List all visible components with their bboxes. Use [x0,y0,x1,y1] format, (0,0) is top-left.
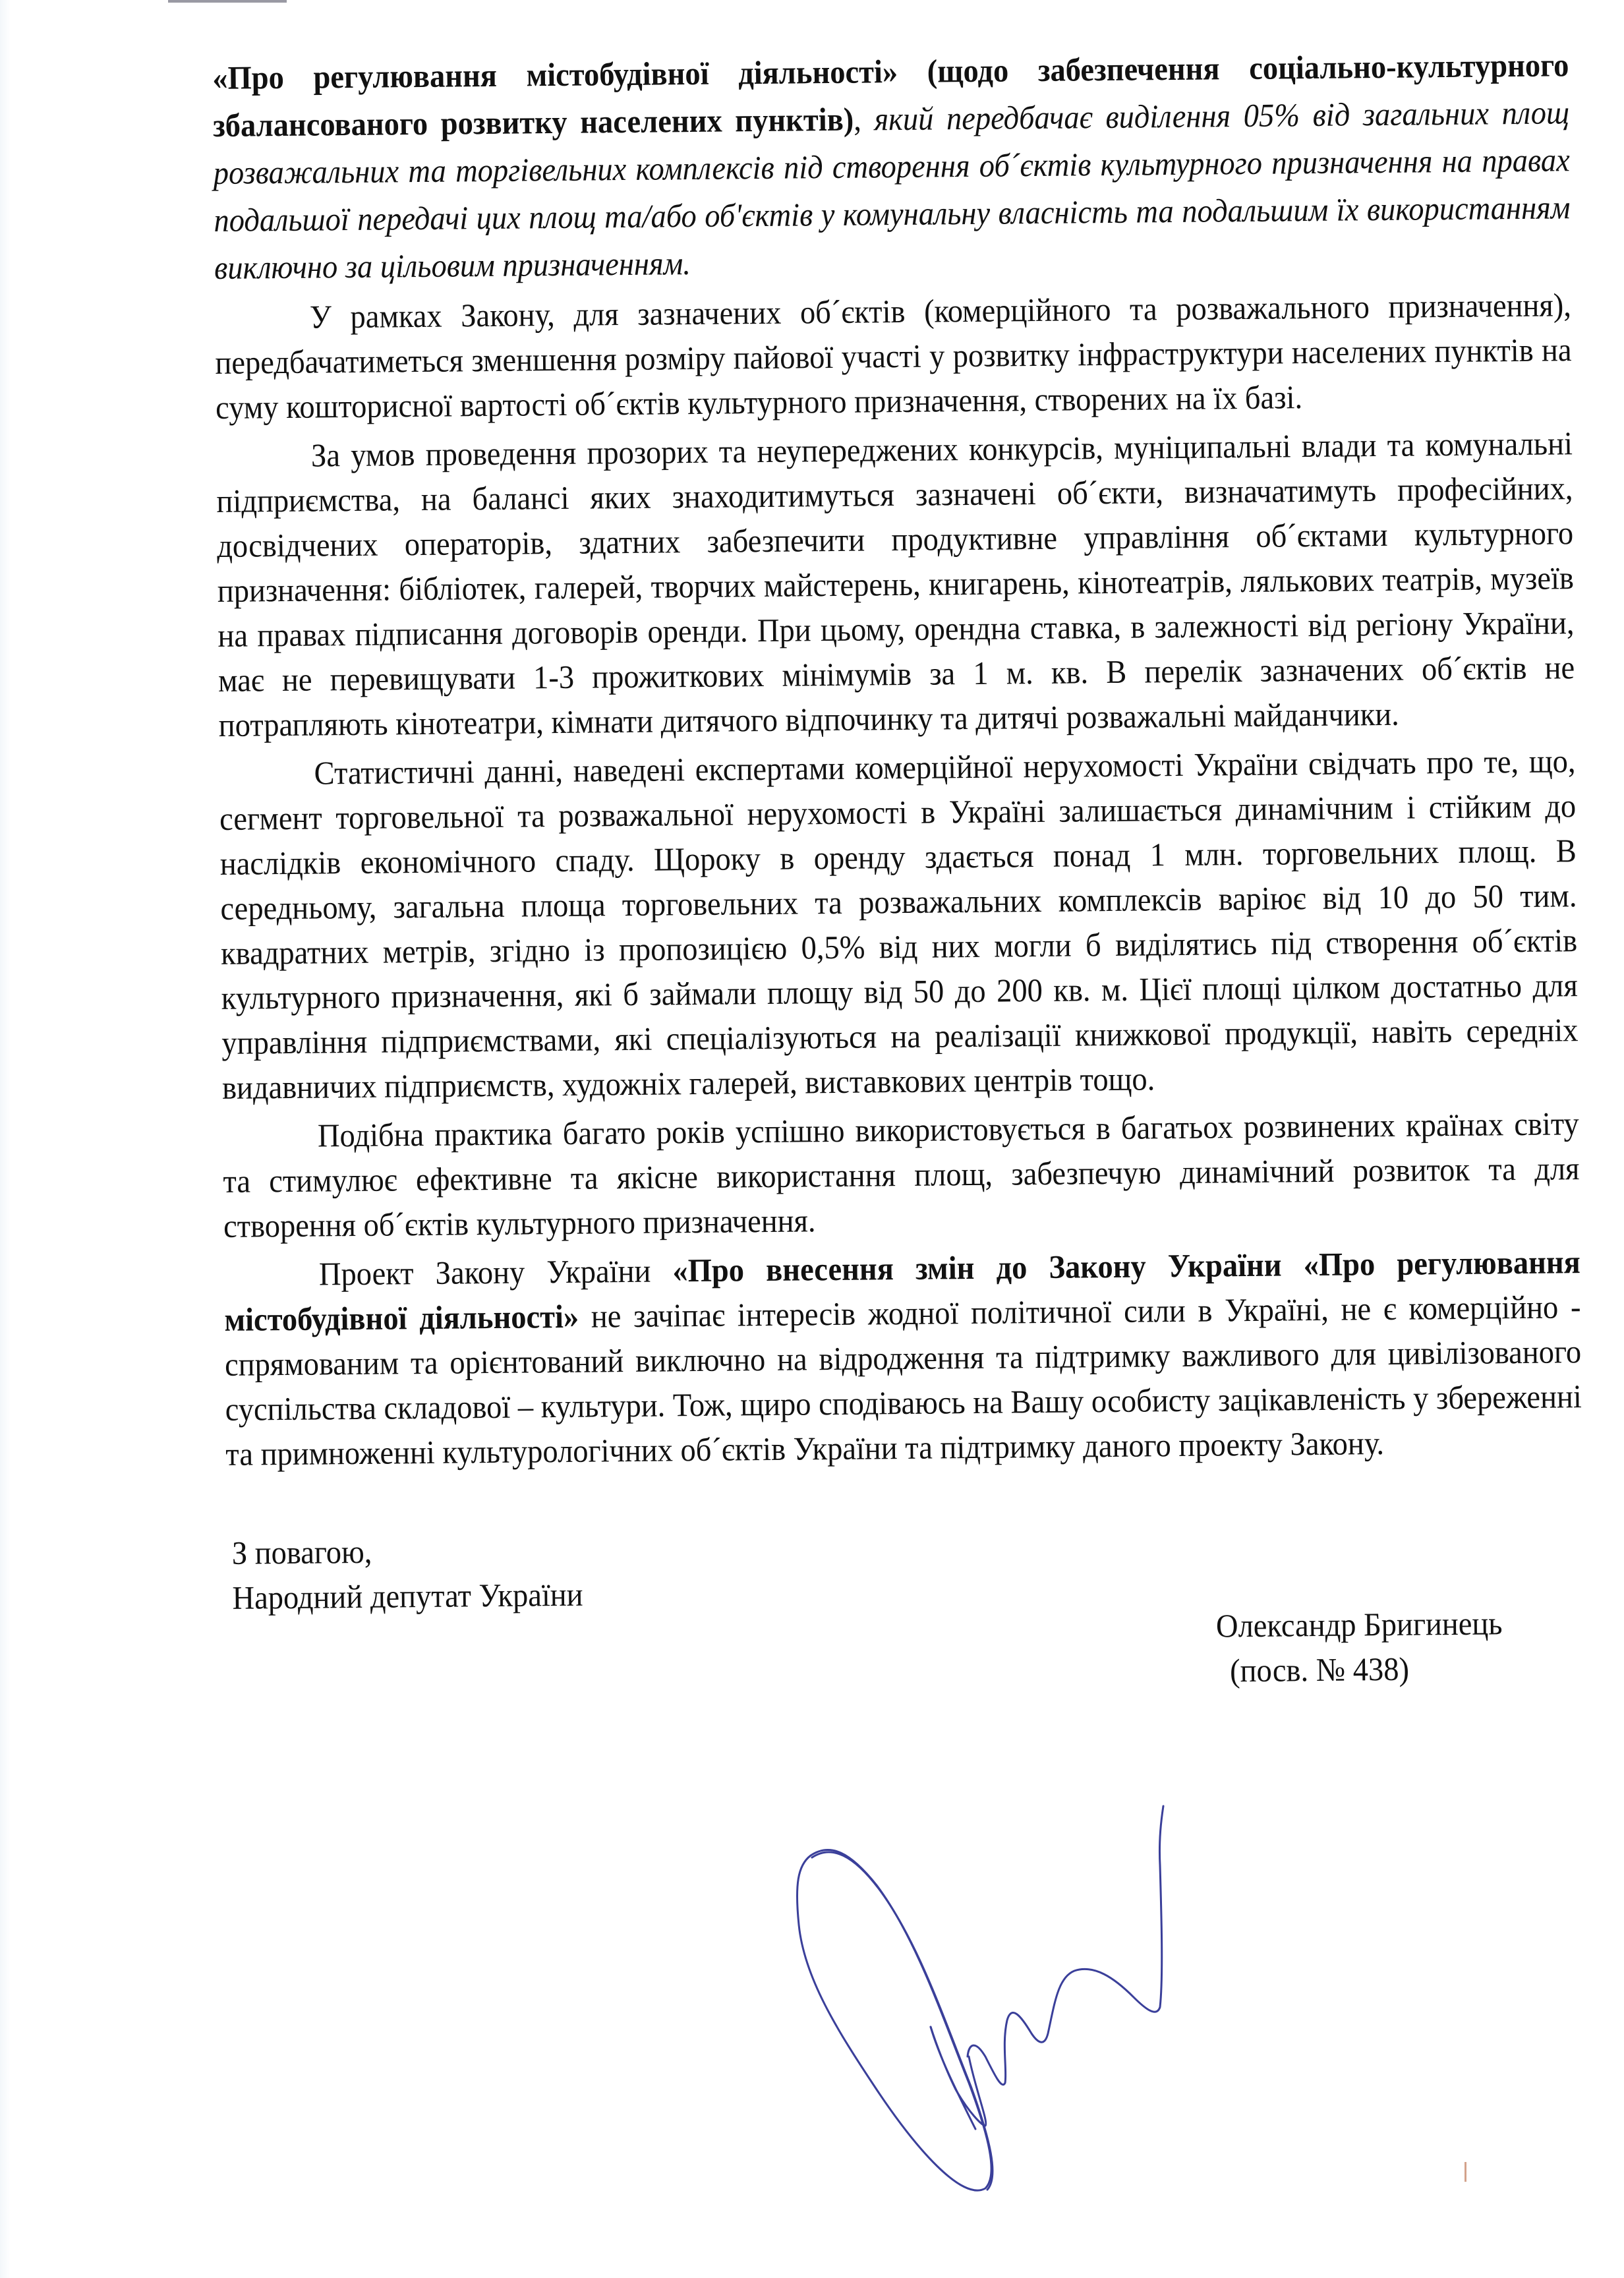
scan-corner-mark [168,0,287,3]
separator: , [854,100,875,137]
paragraph-text: Подібна практика багато років успішно ви… [223,1105,1580,1244]
certificate-number: (посв. № 438) [1216,1645,1503,1693]
signer-name: Олександр Бригинець [1216,1600,1503,1648]
paragraph-text: Статистичні данні, наведені експертами к… [219,742,1579,1106]
paragraph-international-practice: Подібна практика багато років успішно ви… [222,1101,1580,1248]
paragraph-tender-operators: За умов проведення прозорих та неупередж… [216,421,1576,747]
paragraph-conclusion: Проект Закону України «Про внесення змін… [223,1239,1582,1476]
paragraph-statistics: Статистичні данні, наведені експертами к… [219,738,1579,1110]
paragraph-text: За умов проведення прозорих та неупередж… [216,424,1575,744]
salutation: З повагою, [232,1527,583,1575]
paragraph-text: У рамках Закону, для зазначених об´єктів… [215,286,1572,426]
letter-page: «Про регулювання містобудівної діяльност… [212,41,1586,1847]
paragraph-text: Проект Закону України [319,1252,673,1292]
handwritten-signature-icon [758,1780,1232,2202]
scan-edge-shadow [0,0,11,2278]
paragraph-law-description: «Про регулювання містобудівної діяльност… [212,41,1571,291]
stray-ink-mark [1464,2162,1466,2182]
closing-left: З повагою, Народний депутат України [232,1527,583,1620]
paragraph-share-reduction: У рамках Закону, для зазначених об´єктів… [215,282,1573,430]
closing-right: Олександр Бригинець (посв. № 438) [1216,1600,1503,1693]
signer-position: Народний депутат України [232,1572,583,1620]
